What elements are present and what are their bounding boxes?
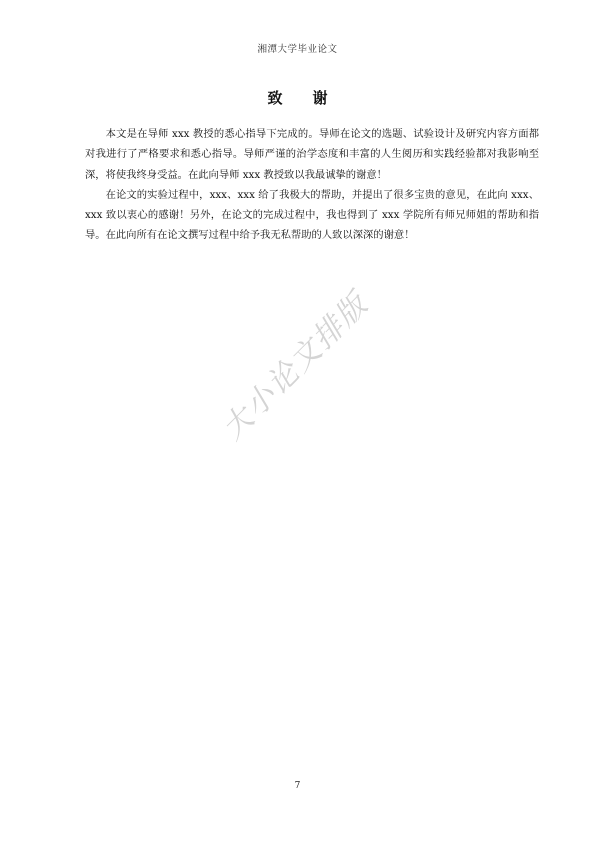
watermark: 大小论文排版 (209, 275, 382, 448)
page-title: 致谢 (0, 87, 595, 108)
title-char-1: 致 (267, 87, 282, 108)
paragraph-2: 在论文的实验过程中，xxx、xxx 给了我极大的帮助，并提出了很多宝贵的意见，在… (85, 185, 539, 246)
running-header: 湘潭大学毕业论文 (0, 41, 595, 55)
page-number: 7 (0, 781, 595, 791)
acknowledgement-body: 本文是在导师 xxx 教授的悉心指导下完成的。导师在论文的选题、试验设计及研究内… (85, 124, 539, 246)
title-char-2: 谢 (313, 87, 328, 108)
paragraph-1: 本文是在导师 xxx 教授的悉心指导下完成的。导师在论文的选题、试验设计及研究内… (85, 124, 539, 185)
